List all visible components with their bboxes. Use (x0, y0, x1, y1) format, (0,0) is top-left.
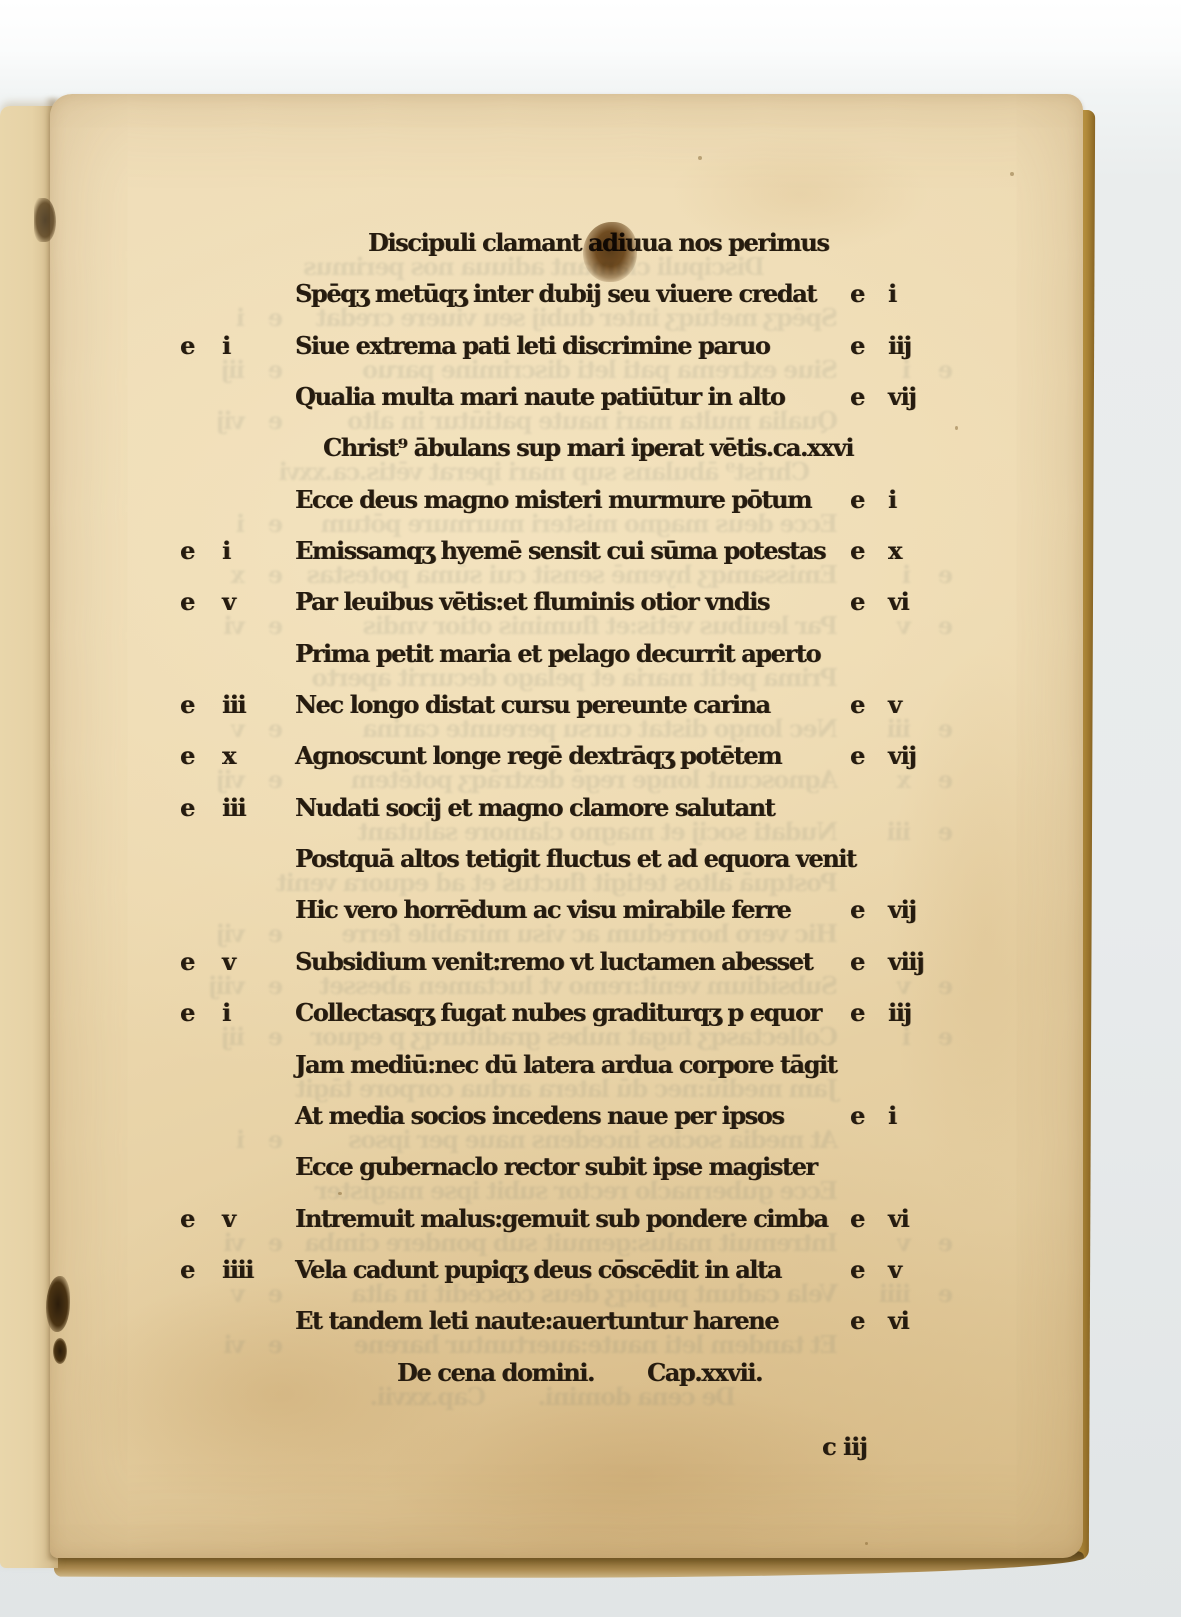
verse-line: Ecce gubernaclo rector subit ipse magist… (50, 1144, 1083, 1195)
right-folio-mark: x (888, 536, 901, 565)
chapter-number: Cap.xxvii. (647, 1358, 762, 1387)
right-folio-mark: vij (888, 895, 916, 924)
left-folio-mark: v (222, 587, 235, 616)
left-folio-mark: iii (222, 793, 245, 822)
verse-text: Collectasqʒ fugat nubes graditurqʒ p equ… (295, 998, 821, 1027)
signature-mark: c iij (822, 1432, 867, 1461)
left-folio-mark: e (180, 587, 194, 616)
right-folio-mark: e (850, 998, 864, 1027)
left-folio-mark: e (180, 793, 194, 822)
left-folio-mark: i (222, 536, 230, 565)
paper-fleck (865, 1542, 868, 1545)
right-folio-mark: vij (888, 741, 916, 770)
right-folio-mark: i (888, 485, 896, 514)
verse-line: evSubsidium venit:remo vt luctamen abess… (50, 939, 1083, 990)
paper-fleck (338, 1192, 342, 1195)
verse-line: eiCollectasqʒ fugat nubes graditurqʒ p e… (50, 990, 1083, 1041)
right-folio-mark: e (850, 947, 864, 976)
right-folio-mark: viij (888, 947, 923, 976)
verse-text: Par leuibus vētis:et fluminis otior vndi… (295, 587, 769, 616)
left-folio-mark: e (180, 690, 194, 719)
verse-line: eiiiiVela cadunt pupiqʒ deus cōscēdit in… (50, 1247, 1083, 1298)
paper-fleck (698, 156, 702, 160)
colophon-line: De cena domini.Cap.xxvii. (50, 1350, 1083, 1401)
verse-text: Siue extrema pati leti discrimine paruo (295, 331, 769, 360)
right-folio-mark: e (850, 279, 864, 308)
verse-line: Prima petit maria et pelago decurrit ape… (50, 631, 1083, 682)
left-folio-mark: iii (222, 690, 245, 719)
verse-text: Intremuit malus:gemuit sub pondere cimba (295, 1204, 828, 1233)
colophon-text: De cena domini. (397, 1358, 594, 1387)
right-folio-mark: e (850, 690, 864, 719)
left-folio-mark: i (222, 998, 230, 1027)
right-folio-mark: e (850, 485, 864, 514)
verse-text: Nec longo distat cursu pereunte carina (295, 690, 770, 719)
left-folio-mark: e (180, 947, 194, 976)
verse-line: evPar leuibus vētis:et fluminis otior vn… (50, 579, 1083, 630)
right-folio-mark: v (888, 690, 901, 719)
verse-text: Postquā altos tetigit fluctus et ad equo… (295, 844, 856, 873)
right-folio-mark: vi (888, 587, 908, 616)
paper-stain (380, 1384, 900, 1564)
verse-line: Et tandem leti naute:auertuntur hareneev… (50, 1298, 1083, 1349)
right-folio-mark: e (850, 331, 864, 360)
verse-line: Qualia multa mari naute patiūtur in alto… (50, 374, 1083, 425)
right-folio-mark: e (850, 1306, 864, 1335)
right-folio-mark: i (888, 1101, 896, 1130)
verse-text: Prima petit maria et pelago decurrit ape… (295, 639, 820, 668)
left-folio-mark: e (180, 536, 194, 565)
left-folio-mark: iiii (222, 1255, 253, 1284)
verse-line: exAgnoscunt longe regē dextrāqʒ potēteme… (50, 733, 1083, 784)
verse-line: evIntremuit malus:gemuit sub pondere cim… (50, 1196, 1083, 1247)
verse-line: eiSiue extrema pati leti discrimine paru… (50, 323, 1083, 374)
verse-line: eiiiNudati socij et magno clamore saluta… (50, 785, 1083, 836)
worm-hole (53, 1338, 67, 1364)
right-folio-mark: vij (888, 382, 916, 411)
right-folio-mark: e (850, 536, 864, 565)
left-folio-mark: e (180, 741, 194, 770)
verse-text: Et tandem leti naute:auertuntur harene (295, 1306, 778, 1335)
verse-line: At media socios incedens naue per ipsose… (50, 1093, 1083, 1144)
right-folio-mark: vi (888, 1306, 908, 1335)
left-folio-mark: e (180, 998, 194, 1027)
verse-text: Vela cadunt pupiqʒ deus cōscēdit in alta (295, 1255, 781, 1284)
right-folio-mark: iij (888, 998, 911, 1027)
verse-text: At media socios incedens naue per ipsos (295, 1101, 784, 1130)
paper-fleck (422, 599, 425, 602)
verse-text: Emissamqʒ hyemē sensit cui sūma potestas (295, 536, 825, 565)
verse-text: Qualia multa mari naute patiūtur in alto (295, 382, 784, 411)
edge-tear-mark (34, 198, 56, 242)
verse-line: Spēqʒ metūqʒ inter dubij seu viuere cred… (50, 271, 1083, 322)
right-folio-mark: vi (888, 1204, 908, 1233)
left-folio-mark: v (222, 947, 235, 976)
right-folio-mark: e (850, 1204, 864, 1233)
book-page: Discipuli clamant adiuua nos perimusSpēq… (50, 94, 1083, 1558)
right-folio-mark: e (850, 382, 864, 411)
left-folio-mark: x (222, 741, 235, 770)
book-photo-scene: Discipuli clamant adiuua nos perimusSpēq… (0, 0, 1181, 1617)
left-folio-mark: v (222, 1204, 235, 1233)
left-folio-mark: e (180, 1204, 194, 1233)
verse-line: Hic vero horrēdum ac visu mirabile ferre… (50, 887, 1083, 938)
left-folio-mark: e (180, 331, 194, 360)
ink-blot-stain (583, 222, 637, 282)
verse-line: Jam mediū:nec dū latera ardua corpore tā… (50, 1042, 1083, 1093)
paper-fleck (955, 426, 958, 430)
right-folio-mark: e (850, 587, 864, 616)
right-folio-mark: e (850, 741, 864, 770)
verse-text: Spēqʒ metūqʒ inter dubij seu viuere cred… (295, 279, 816, 308)
left-folio-mark: e (180, 1255, 194, 1284)
right-folio-mark: e (850, 1101, 864, 1130)
right-folio-mark: iij (888, 331, 911, 360)
verse-text: Nudati socij et magno clamore salutant (295, 793, 774, 822)
text-block: Discipuli clamant adiuua nos perimusSpēq… (50, 220, 1083, 1401)
verse-text: Ecce deus magno misteri murmure pōtum (295, 485, 811, 514)
paper-fleck (1010, 172, 1014, 176)
caption-line: Discipuli clamant adiuua nos perimus (50, 220, 1083, 271)
verse-line: eiiiNec longo distat cursu pereunte cari… (50, 682, 1083, 733)
right-folio-mark: e (850, 1255, 864, 1284)
chapter-text: Christ⁹ ābulans sup mari iperat vētis.ca… (323, 433, 853, 462)
right-folio-mark: e (850, 895, 864, 924)
verse-text: Hic vero horrēdum ac visu mirabile ferre (295, 895, 790, 924)
verse-text: Subsidium venit:remo vt luctamen abesset (295, 947, 812, 976)
right-folio-mark: v (888, 1255, 901, 1284)
right-folio-mark: i (888, 279, 896, 308)
verse-text: Ecce gubernaclo rector subit ipse magist… (295, 1152, 817, 1181)
left-folio-mark: i (222, 331, 230, 360)
verse-line: Ecce deus magno misteri murmure pōtumei (50, 477, 1083, 528)
verse-line: eiEmissamqʒ hyemē sensit cui sūma potest… (50, 528, 1083, 579)
verse-line: Postquā altos tetigit fluctus et ad equo… (50, 836, 1083, 887)
chapter-heading: Christ⁹ ābulans sup mari iperat vētis.ca… (50, 425, 1083, 476)
verse-text: Agnoscunt longe regē dextrāqʒ potētem (295, 741, 781, 770)
verse-text: Jam mediū:nec dū latera ardua corpore tā… (295, 1050, 836, 1079)
